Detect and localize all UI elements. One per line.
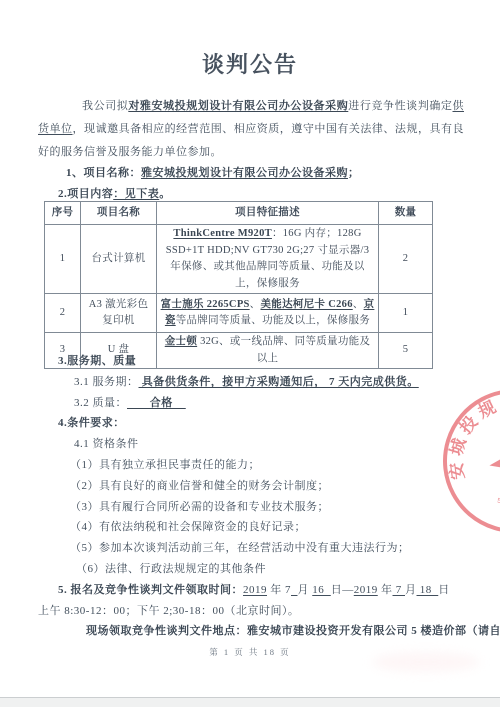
column-header: 序号 [45,202,81,225]
cell-item-name: A3 激光彩色复印机 [81,294,157,333]
text-segment: 月 [405,584,417,596]
doc-line: 3.1 服务期： 具备供货条件，接甲方采购通知后， 7 天内完成供货。 [38,372,468,393]
doc-title: 谈判公告 [0,48,500,79]
column-header: 项目名称 [81,202,157,225]
text-segment: 7 [393,584,406,596]
text-segment: 金士顿 [165,336,197,347]
text-segment: ThinkCentre M920T [173,228,272,239]
text-segment: 4.1 资格条件 [74,438,139,450]
table-row: 2A3 激光彩色复印机富士施乐 2265CPS、美能达柯尼卡 C266、京瓷等品… [45,294,433,333]
scan-smudge [372,652,480,672]
cell-item-name: 台式计算机 [81,225,157,294]
text-segment: 16 [312,584,331,596]
doc-line: （1）具有独立承担民事责任的能力； [38,455,468,476]
text-segment: 具备供货条件，接甲方采购通知后， 7 天内完成供货。 [139,376,419,388]
cell-serial-number: 2 [45,294,81,333]
text-segment: 年 7 [267,584,291,596]
text-segment: 年 [378,584,393,596]
text-segment: 合格 [127,397,186,409]
text-segment: ：见下表 [113,188,159,200]
cell-serial-number: 1 [45,225,81,294]
intro-paragraph: 我公司拟对雅安城投规划设计有限公司办公设备采购进行竞争性谈判确定供货单位，现诚邀… [38,95,464,165]
text-segment: 。 [159,188,171,200]
cell-quantity: 1 [379,294,433,333]
text-segment: 日 [438,584,450,596]
text-segment: ，现诚邀具备相应的经营范围、相应资质，遵守中国有关法律、法规，具有良好的服务信誉… [38,123,464,158]
stamp-star-icon [481,426,500,491]
text-segment: 现场领取竞争性谈判文件地点：雅安城市建设投资开发有限公司 5 楼造价部（请自 [86,625,500,637]
doc-line: 3.服务期、质量 [38,351,468,372]
svg-text:5118031221: 5118031221 [494,473,500,516]
text-segment: （4）有依法纳税和社会保障资金的良好记录； [70,521,306,533]
cell-item-description: 富士施乐 2265CPS、美能达柯尼卡 C266、京瓷等品牌同等质量、功能及以上… [157,294,379,333]
text-segment: 月 [298,584,313,596]
doc-line: 现场领取竞争性谈判文件地点：雅安城市建设投资开发有限公司 5 楼造价部（请自 [38,621,468,642]
text-segment: 雅安城投规划设计有限公司办公设备采购 [141,167,348,179]
text-segment: 3.1 服务期： [74,376,139,388]
document-page: 谈判公告 我公司拟对雅安城投规划设计有限公司办公设备采购进行竞争性谈判确定供货单… [0,0,500,707]
cell-item-description: ThinkCentre M920T：16G 内存；128G SSD+1T HDD… [157,225,379,294]
text-segment: 3.服务期、质量 [58,355,136,367]
text-segment: （2）具有良好的商业信誉和健全的财务会计制度； [70,480,329,492]
items-table-header-row: 序号项目名称项目特征描述数量 [45,202,433,225]
text-segment: 2019 [243,584,267,596]
doc-line: 5. 报名及竞争性谈判文件领取时间：2019 年 7 月 16 日—2019 年… [38,580,468,601]
table-row: 1台式计算机ThinkCentre M920T：16G 内存；128G SSD+… [45,225,433,294]
project-name-line: 1、项目名称：雅安城投规划设计有限公司办公设备采购； [38,164,496,180]
text-segment: 2019 [354,584,378,596]
text-segment: （1）具有独立承担民事责任的能力； [70,459,260,471]
scanned-page-edge [0,697,500,707]
text-segment: （5）参加本次谈判活动前三年，在经营活动中没有重大违法行为； [70,542,410,554]
text-segment: 等品牌同等质量、功能及以上，保修服务 [176,315,370,326]
items-table: 序号项目名称项目特征描述数量 1台式计算机ThinkCentre M920T：1… [44,201,433,369]
text-segment: 美能达柯尼卡 C266 [260,299,352,310]
text-segment: 1、项目名称： [66,167,141,179]
column-header: 数量 [379,202,433,225]
cell-quantity: 2 [379,225,433,294]
text-segment: 上午 8:30-12：00；下午 2;30-18：00（北京时间）。 [38,605,299,617]
text-segment: 4.条件要求： [58,417,125,429]
doc-line: （2）具有良好的商业信誉和健全的财务会计制度； [38,476,468,497]
doc-line: （4）有依法纳税和社会保障资金的良好记录； [38,517,468,538]
doc-line: （3）具有履行合同所必需的设备和专业技术服务； [38,497,468,518]
doc-line: 3.2 质量： 合格 [38,393,468,414]
text-segment: 我公司拟 [82,100,128,112]
doc-line: 上午 8:30-12：00；下午 2;30-18：00（北京时间）。 [38,601,468,622]
text-segment: 3.2 质量： [74,397,127,409]
text-segment: 日— [331,584,354,596]
project-content-line: 2.项目内容：见下表。 [38,185,488,201]
text-segment: （6）法律、行政法规规定的其他条件 [76,563,266,575]
text-segment: 对雅安城投规划设计有限公司办公设备采购 [128,100,348,112]
text-segment: 富士施乐 2265CPS [161,299,250,310]
text-segment: 、 [250,299,261,310]
text-segment: ； [348,167,360,179]
stamp-serial-number: 5118031221 [494,473,500,516]
items-table-body: 1台式计算机ThinkCentre M920T：16G 内存；128G SSD+… [45,225,433,369]
text-segment: 18 [417,584,439,596]
doc-line: （6）法律、行政法规规定的其他条件 [38,559,468,580]
column-header: 项目特征描述 [157,202,379,225]
text-segment: 2.项目内容 [58,188,113,200]
text-segment: 、 [353,299,364,310]
text-segment: 进行竞争性谈判确定 [348,100,452,112]
sections: 3.服务期、质量3.1 服务期： 具备供货条件，接甲方采购通知后， 7 天内完成… [38,351,468,642]
text-segment: （3）具有履行合同所必需的设备和专业技术服务； [70,501,329,513]
text-segment: 5. 报名及竞争性谈判文件领取时间： [58,584,243,596]
doc-line: 4.1 资格条件 [38,434,468,455]
doc-line: （5）参加本次谈判活动前三年，在经营活动中没有重大违法行为； [38,538,468,559]
